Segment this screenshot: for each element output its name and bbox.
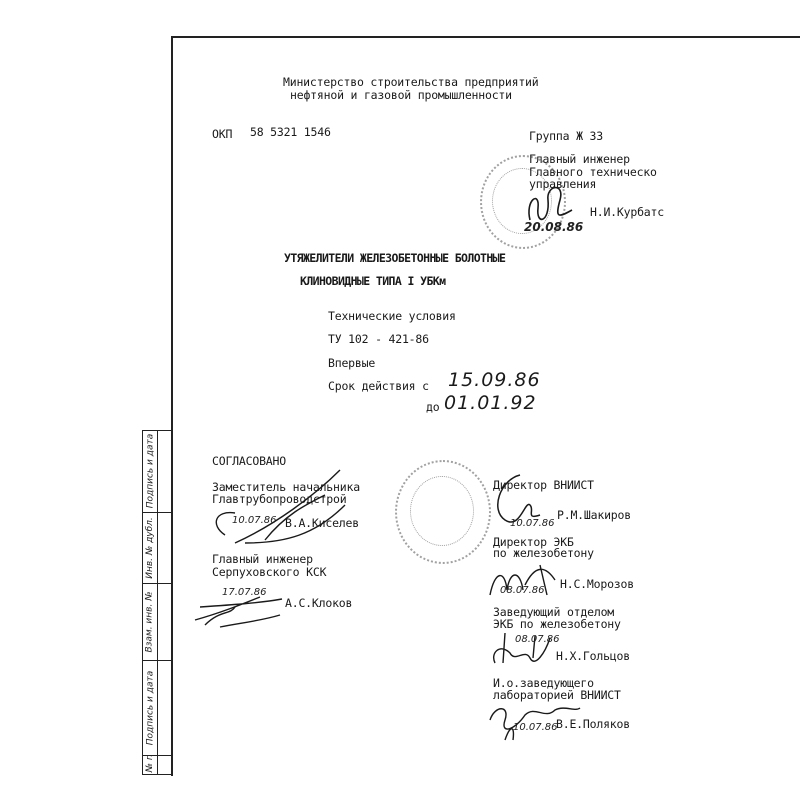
spec-type: Технические условия xyxy=(328,310,456,323)
ministry-line-2: нефтяной и газовой промышленности xyxy=(290,89,512,102)
signature-kiselev xyxy=(205,465,355,545)
validity-label: Срок действия с xyxy=(328,380,429,393)
agreed-left-2-title-2: Серпуховского КСК xyxy=(212,566,326,579)
side-cell-duplicate-inv: Инв. № дубл. xyxy=(143,512,157,583)
validity-to-label: до xyxy=(426,401,439,414)
validity-to-date: 01.01.92 xyxy=(444,392,537,414)
validity-from-date: 15.09.86 xyxy=(448,369,541,391)
spec-number: ТУ 102 - 421-86 xyxy=(328,333,429,346)
agreed-right-2-date: 08.07.86 xyxy=(500,585,545,596)
side-registration-stamp: Подпись и дата Инв. № дубл. Взам. инв. №… xyxy=(142,430,172,775)
document-title-line-2: КЛИНОВИДНЫЕ ТИПА I УБКм xyxy=(300,275,445,288)
first-issue-label: Впервые xyxy=(328,357,375,370)
agreed-left-1-name: В.А.Киселев xyxy=(285,517,359,530)
agreed-right-4-name: В.Е.Поляков xyxy=(556,718,630,731)
agreed-right-1-name: Р.М.Шакиров xyxy=(557,509,631,522)
side-cell-replacement-inv: Взам. инв. № xyxy=(143,583,157,660)
document-title-line-1: УТЯЖЕЛИТЕЛИ ЖЕЛЕЗОБЕТОННЫЕ БОЛОТНЫЕ xyxy=(284,252,505,265)
official-seal-stamp-center-inner xyxy=(410,476,474,546)
approver-handwritten-date: 20.08.86 xyxy=(524,220,583,234)
okp-label: ОКП xyxy=(212,128,232,141)
okp-code: 58 5321 1546 xyxy=(250,126,331,139)
agreed-left-2-date: 17.07.86 xyxy=(222,587,267,598)
agreed-right-2-title-2: по железобетону xyxy=(493,547,594,560)
agreed-right-4-date: 10.07.86 xyxy=(513,722,558,733)
agreed-right-3-date: 08.07.86 xyxy=(515,634,560,645)
page-frame-top xyxy=(172,36,800,38)
side-cell-signature-date-2: Подпись и дата xyxy=(143,660,157,755)
agreed-right-1-date: 10.07.86 xyxy=(510,518,555,529)
agreed-right-3-name: Н.Х.Гольцов xyxy=(556,650,630,663)
group-code: Группа Ж 33 xyxy=(529,130,603,143)
approver-name: Н.И.Курбатс xyxy=(590,206,664,219)
agreed-left-1-date: 10.07.86 xyxy=(232,515,277,526)
side-cell-original-inv: Инв. № подл. xyxy=(143,755,157,774)
side-cell-signature-date-1: Подпись и дата xyxy=(143,430,157,512)
agreed-left-2-name: А.С.Клоков xyxy=(285,597,352,610)
agreed-right-2-name: Н.С.Морозов xyxy=(560,578,634,591)
